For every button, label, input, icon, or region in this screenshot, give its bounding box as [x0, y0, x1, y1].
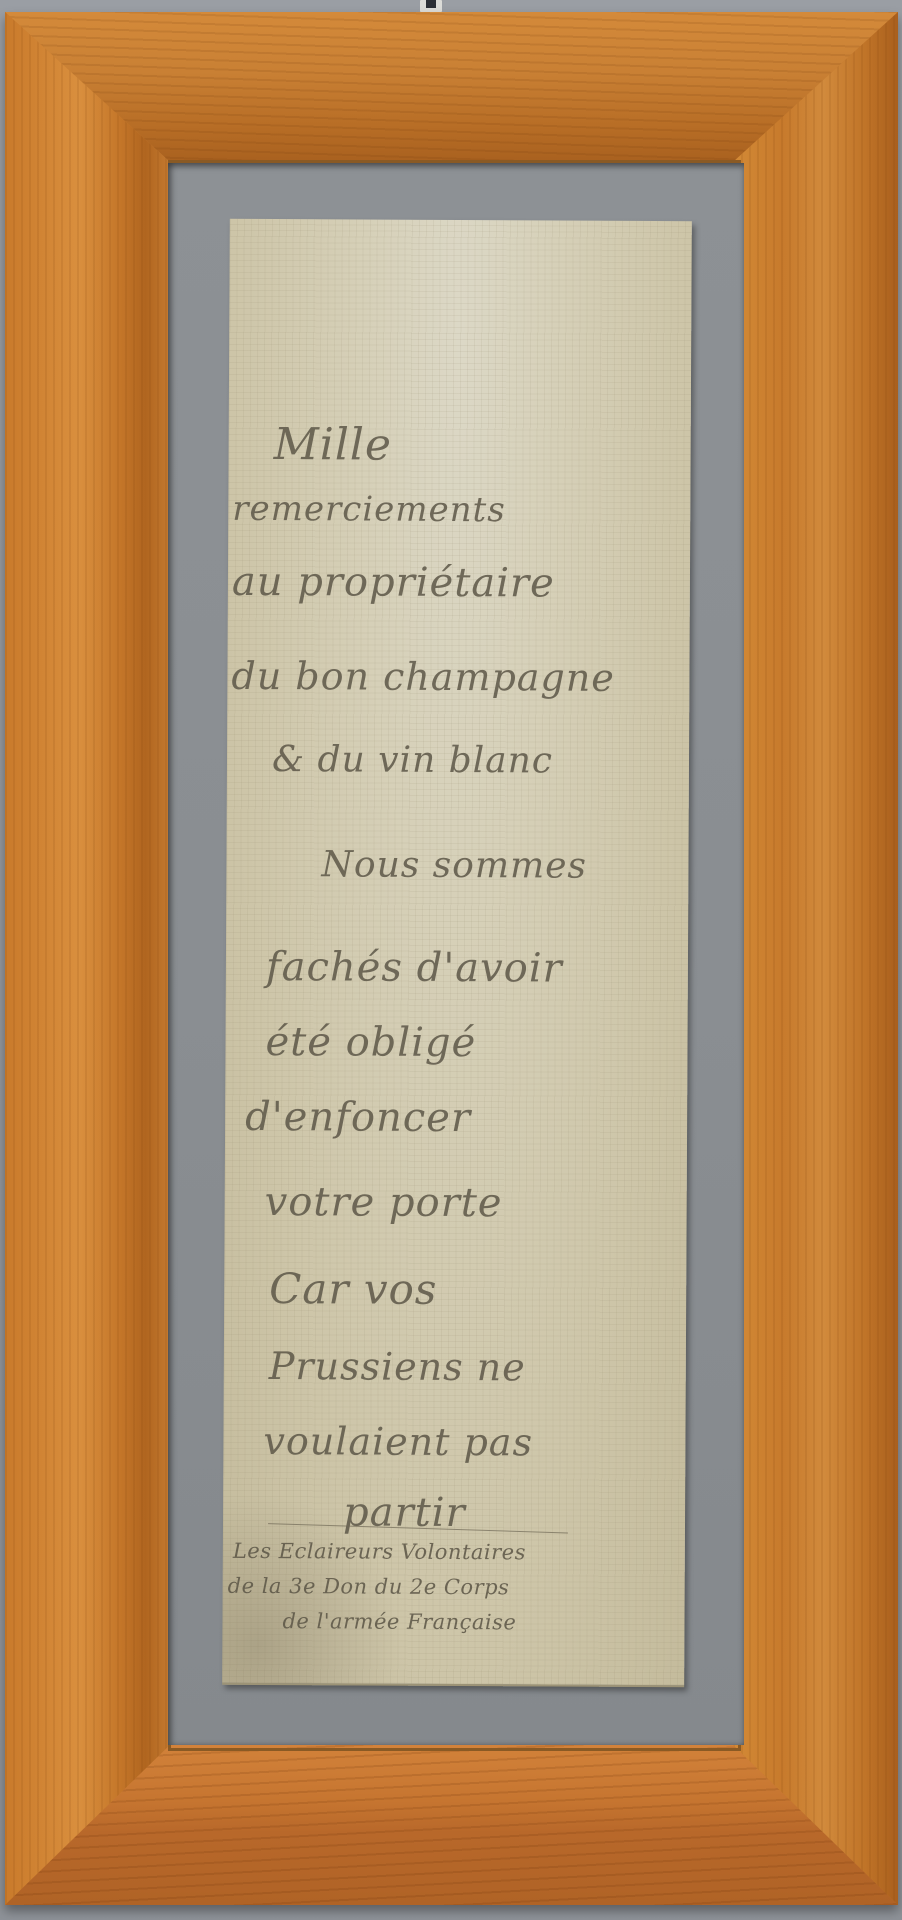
hanging-hook: [420, 0, 442, 12]
note-line: fachés d'avoir: [266, 944, 728, 992]
note-line: Car vos: [269, 1264, 731, 1315]
note-line: au propriétaire: [232, 559, 694, 607]
note-line: votre porte: [265, 1179, 727, 1227]
handwritten-panel: Mille remerciements au propriétaire du b…: [222, 219, 692, 1687]
note-line: Mille: [274, 419, 736, 472]
frame-right-rail: [733, 12, 898, 1905]
note-line: du bon champagne: [231, 654, 693, 700]
signature-line: de la 3e Don du 2e Corps: [228, 1574, 690, 1600]
note-line: Nous sommes: [321, 844, 783, 887]
note-line: voulaient pas: [263, 1419, 725, 1465]
frame-left-rail: [5, 12, 170, 1905]
note-line: Prussiens ne: [269, 1344, 731, 1390]
note-line: partir: [343, 1489, 805, 1537]
signature-line: de l'armée Française: [282, 1609, 744, 1635]
note-line: été obligé: [265, 1019, 727, 1067]
note-line: d'enfoncer: [245, 1094, 707, 1142]
signature-line: Les Eclaireurs Volontaires: [233, 1539, 695, 1565]
note-line: & du vin blanc: [272, 739, 734, 782]
note-line: remerciements: [232, 489, 694, 531]
